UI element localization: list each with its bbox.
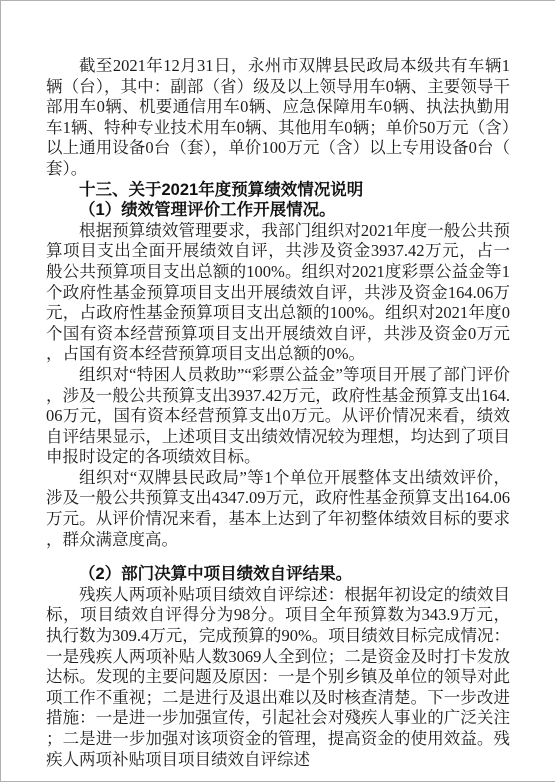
- document-content: 截至2021年12月31日，永州市双牌县民政局本级共有车辆1辆（台），其中：副部…: [46, 56, 510, 781]
- paragraph-department-evaluation: 组织对“特困人员救助”“彩票公益金”等项目开展了部门评价，涉及一般公共预算支出3…: [46, 365, 510, 468]
- subsection-heading-1: （1）绩效管理评价工作开展情况。: [46, 200, 510, 221]
- paragraph-performance-self-eval: 根据预算绩效管理要求，我部门组织对2021年度一般公共预算项目支出全面开展绩效自…: [46, 221, 510, 365]
- paragraph-vehicle-summary: 截至2021年12月31日，永州市双牌县民政局本级共有车辆1辆（台），其中：副部…: [46, 56, 510, 180]
- document-page: 截至2021年12月31日，永州市双牌县民政局本级共有车辆1辆（台），其中：副部…: [0, 0, 555, 782]
- section-heading-13: 十三、关于2021年度预算绩效情况说明: [46, 180, 510, 201]
- paragraph-disability-subsidy-eval: 残疾人两项补贴项目绩效自评综述：根据年初设定的绩效目标，项目绩效自评得分为98分…: [46, 585, 510, 770]
- paragraph-overall-expenditure-evaluation: 组织对“双牌县民政局”等1个单位开展整体支出绩效评价，涉及一般公共预算支出434…: [46, 468, 510, 550]
- subsection-heading-2: （2）部门决算中项目绩效自评结果。: [46, 564, 510, 585]
